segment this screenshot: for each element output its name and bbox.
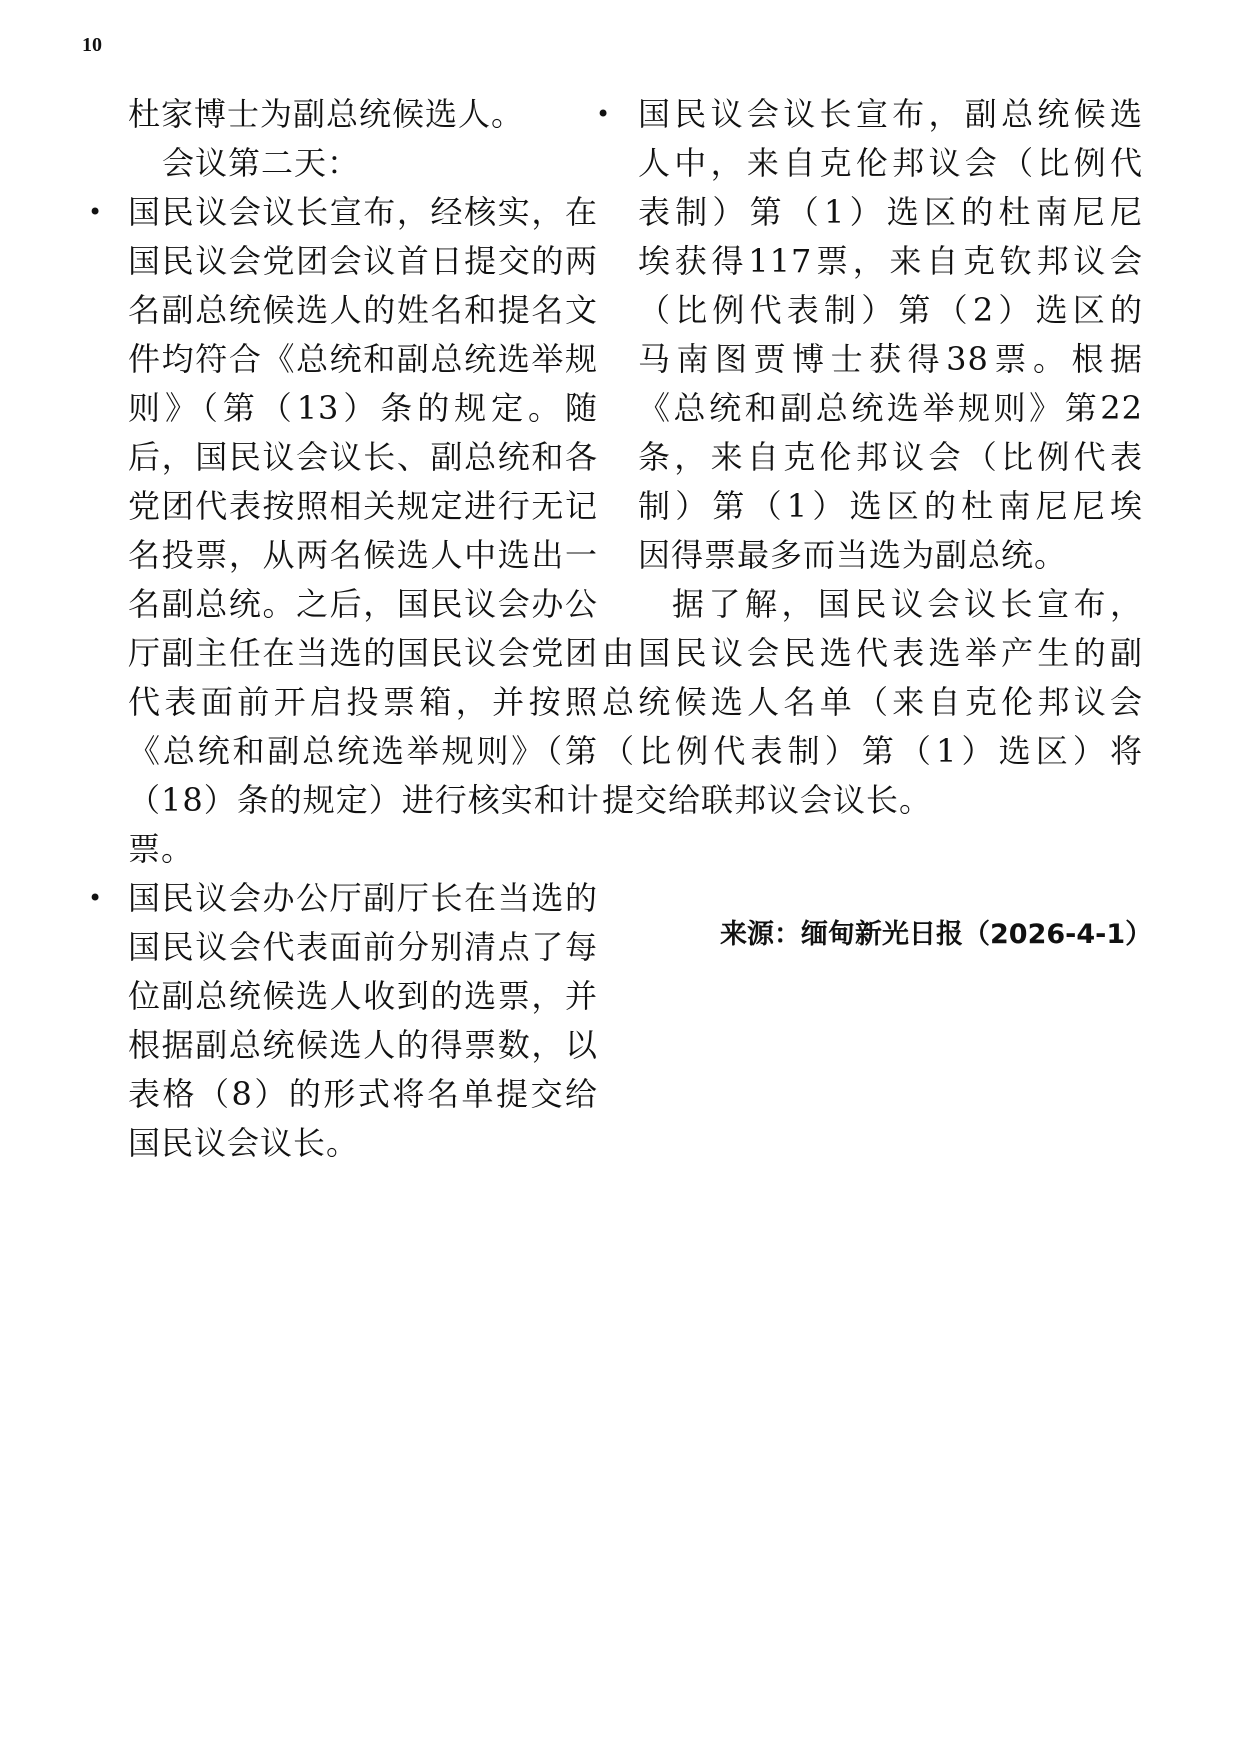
text-line: 件均符合《总统和副总统选举规 — [128, 335, 598, 384]
text-line: 则》（第（13）条的规定。随 — [128, 384, 598, 433]
text-line: 名投票，从两名候选人中选出一 — [128, 531, 598, 580]
text-line: 马南图贾博士获得38票。根据 — [638, 335, 1143, 384]
text-line: 条，来自克伦邦议会（比例代表 — [638, 433, 1143, 482]
text-line: 代表面前开启投票箱，并按照 — [128, 678, 598, 727]
text-line: 名副总统候选人的姓名和提名文 — [128, 286, 598, 335]
text-line: 国民议会党团会议首日提交的两 — [128, 237, 598, 286]
bullet-item-1: •国民议会议长宣布，经核实，在 国民议会党团会议首日提交的两 名副总统候选人的姓… — [128, 188, 598, 874]
day-heading: 会议第二天： — [128, 139, 598, 188]
text-line: 制）第（1）选区的杜南尼尼埃 — [638, 482, 1143, 531]
text-line: 票。 — [128, 825, 598, 874]
source-attribution: 来源：缅甸新光日报（2026-4-1） — [720, 912, 1140, 951]
left-column: 杜家博士为副总统候选人。 会议第二天： •国民议会议长宣布，经核实，在 国民议会… — [128, 90, 598, 1168]
right-column: •国民议会议长宣布，副总统候选 人中，来自克伦邦议会（比例代 表制）第（1）选区… — [638, 90, 1143, 825]
text-line: 《总统和副总统选举规则》（第 — [128, 727, 598, 776]
text-line: 国民议会议长。 — [128, 1119, 598, 1168]
text-line: 埃获得117票，来自克钦邦议会 — [638, 237, 1143, 286]
text-line: 国民议会议长宣布，经核实，在 — [128, 193, 598, 231]
text-line: 据了解，国民议会议长宣布， — [602, 580, 1143, 629]
page-number: 10 — [82, 34, 102, 57]
text-line: 名副总统。之后，国民议会办公 — [128, 580, 598, 629]
text-line: 国民议会代表面前分别清点了每 — [128, 923, 598, 972]
text-line: 总统候选人名单（来自克伦邦议会 — [602, 678, 1143, 727]
bullet-icon: • — [596, 90, 611, 139]
text-line: 表格（8）的形式将名单提交给 — [128, 1070, 598, 1119]
text-line: 后，国民议会议长、副总统和各 — [128, 433, 598, 482]
text-line: 《总统和副总统选举规则》第22 — [638, 384, 1143, 433]
text-line: 国民议会议长宣布，副总统候选 — [638, 95, 1143, 133]
text-line: （比例代表制）第（1）选区）将 — [602, 727, 1143, 776]
intro-line: 杜家博士为副总统候选人。 — [128, 90, 598, 139]
text-line: 国民议会办公厅副厅长在当选的 — [128, 879, 598, 917]
bullet-icon: • — [88, 188, 103, 237]
text-line: 提交给联邦议会议长。 — [602, 776, 1143, 825]
bullet-item-3: •国民议会议长宣布，副总统候选 人中，来自克伦邦议会（比例代 表制）第（1）选区… — [638, 90, 1143, 580]
text-line: 表制）第（1）选区的杜南尼尼 — [638, 188, 1143, 237]
text-line: 根据副总统候选人的得票数，以 — [128, 1021, 598, 1070]
text-line: （18）条的规定）进行核实和计 — [128, 776, 598, 825]
closing-paragraph: 据了解，国民议会议长宣布， 由国民议会民选代表选举产生的副 总统候选人名单（来自… — [602, 580, 1143, 825]
bullet-icon: • — [88, 874, 103, 923]
bullet-item-2: •国民议会办公厅副厅长在当选的 国民议会代表面前分别清点了每 位副总统候选人收到… — [128, 874, 598, 1168]
text-line: （比例代表制）第（2）选区的 — [638, 286, 1143, 335]
text-line: 人中，来自克伦邦议会（比例代 — [638, 139, 1143, 188]
text-line: 党团代表按照相关规定进行无记 — [128, 482, 598, 531]
text-line: 因得票最多而当选为副总统。 — [638, 531, 1143, 580]
text-line: 厅副主任在当选的国民议会党团 — [128, 629, 598, 678]
text-line: 由国民议会民选代表选举产生的副 — [602, 629, 1143, 678]
text-line: 位副总统候选人收到的选票，并 — [128, 972, 598, 1021]
